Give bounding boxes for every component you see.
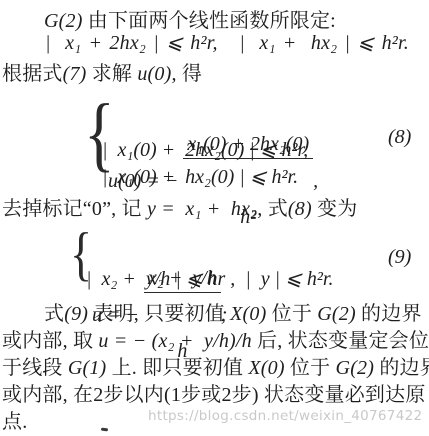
paragraph-line-4: 或内部, 在2步以内(1步或2步) 状态变量必到达原 <box>2 378 426 407</box>
scan-artifact-speck <box>101 428 108 432</box>
equation-8-number: (8) <box>388 126 411 149</box>
paragraph-line-5: 点. <box>2 405 27 434</box>
equation-9-row-2: | x₂ + y/h | ⩽ hr , | y | ⩽ h²r. <box>86 266 334 291</box>
scanned-paper-page: G(2) 由下面两个线性函数所限定: | x₁ + 2hx₂ | ⩽ h²r, … <box>0 0 429 436</box>
equation-8-row-2: | x₁(0) + 2hx₂(0) | ⩽ h²r, <box>102 137 308 162</box>
paragraph-line-1: 式(9) 表明, 只要初值 X(0) 位于 G(2) 的边界 <box>44 297 422 326</box>
paragraph-line-2: 或内部, 取 u = − (x₂ + y/h)/h 后, 状态变量定会位 <box>2 324 429 353</box>
equation-8-row1-suffix: , <box>313 170 318 193</box>
equation-8-row-3: | x₁(0) + hx₂(0) | ⩽ h²r. <box>102 164 298 189</box>
csdn-watermark: https://blog.csdn.net/weixin_40767422 <box>148 408 422 424</box>
equation-9-number: (9) <box>388 246 411 269</box>
paragraph-line-3: 于线段 G(1) 上. 即只要初值 X(0) 位于 G(2) 的边界 <box>2 351 429 380</box>
intro-line-1: G(2) 由下面两个线性函数所限定: <box>44 4 336 33</box>
transition-line: 去掉标记“0”, 记 y = x₁ + hx₂, 式(8) 变为 <box>2 192 357 221</box>
constraint-inequalities-line: | x₁ + 2hx₂ | ⩽ h²r, | x₁ + hx₂ | ⩽ h²r. <box>45 30 409 55</box>
